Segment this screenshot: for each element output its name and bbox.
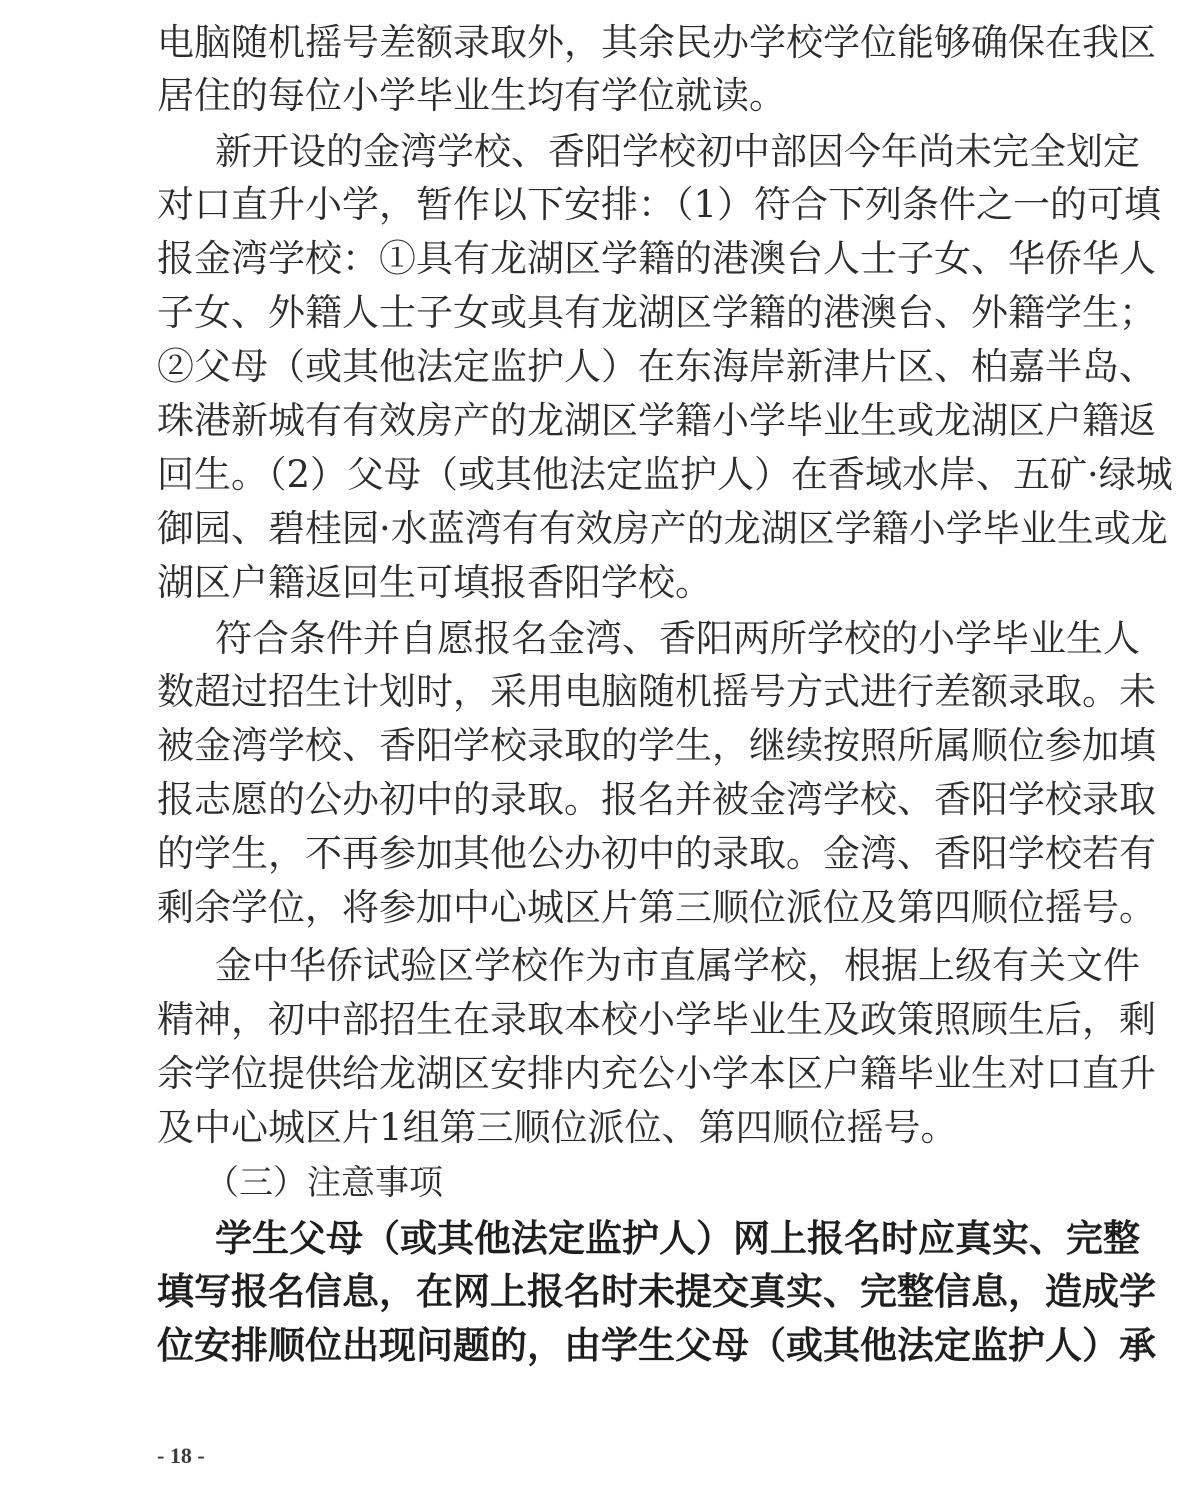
text-line: 报志愿的公办初中的录取。报名并被金湾学校、香阳学校录取 bbox=[157, 772, 1043, 828]
text-line: 报金湾学校：①具有龙湖区学籍的港澳台人士子女、华侨华人 bbox=[157, 231, 1043, 287]
page-number: - 18 - bbox=[157, 1443, 205, 1469]
text-line: 回生。（2）父母（或其他法定监护人）在香域水岸、五矿·绿城 bbox=[157, 447, 1043, 503]
text-line: 被金湾学校、香阳学校录取的学生，继续按照所属顺位参加填 bbox=[157, 718, 1043, 774]
text-line: 数超过招生计划时，采用电脑随机摇号方式进行差额录取。未 bbox=[157, 664, 1043, 720]
text-line: 及中心城区片1组第三顺位派位、第四顺位摇号。 bbox=[157, 1100, 1043, 1156]
notice-line: 位安排顺位出现问题的，由学生父母（或其他法定监护人）承 bbox=[157, 1317, 1043, 1373]
paragraph-first-line: 符合条件并自愿报名金湾、香阳两所学校的小学毕业生人 bbox=[215, 611, 1043, 667]
text-line: ②父母（或其他法定监护人）在东海岸新津片区、柏嘉半岛、 bbox=[157, 339, 1043, 395]
notice-line: 填写报名信息，在网上报名时未提交真实、完整信息，造成学 bbox=[157, 1263, 1043, 1319]
text-line: 湖区户籍返回生可填报香阳学校。 bbox=[157, 555, 1043, 611]
text-line: 子女、外籍人士子女或具有龙湖区学籍的港澳台、外籍学生； bbox=[157, 285, 1043, 341]
document-page: 电脑随机摇号差额录取外，其余民办学校学位能够确保在我区 居住的每位小学毕业生均有… bbox=[0, 0, 1200, 1486]
text-line: 余学位提供给龙湖区安排内充公小学本区户籍毕业生对口直升 bbox=[157, 1046, 1043, 1102]
paragraph-first-line: 新开设的金湾学校、香阳学校初中部因今年尚未完全划定 bbox=[215, 124, 1043, 180]
notice-first-line: 学生父母（或其他法定监护人）网上报名时应真实、完整 bbox=[215, 1210, 1043, 1266]
text-line: 御园、碧桂园·水蓝湾有有效房产的龙湖区学籍小学毕业生或龙 bbox=[157, 501, 1043, 557]
text-line: 珠港新城有有效房产的龙湖区学籍小学毕业生或龙湖区户籍返 bbox=[157, 393, 1043, 449]
section-heading: （三）注意事项 bbox=[205, 1155, 443, 1211]
text-line: 对口直升小学，暂作以下安排：（1）符合下列条件之一的可填 bbox=[157, 177, 1043, 233]
paragraph-first-line: 金中华侨试验区学校作为市直属学校，根据上级有关文件 bbox=[215, 938, 1043, 994]
text-line: 精神，初中部招生在录取本校小学毕业生及政策照顾生后，剩 bbox=[157, 992, 1043, 1048]
text-line: 居住的每位小学毕业生均有学位就读。 bbox=[157, 68, 1043, 124]
text-line: 的学生，不再参加其他公办初中的录取。金湾、香阳学校若有 bbox=[157, 826, 1043, 882]
text-line: 剩余学位，将参加中心城区片第三顺位派位及第四顺位摇号。 bbox=[157, 880, 1043, 936]
text-line: 电脑随机摇号差额录取外，其余民办学校学位能够确保在我区 bbox=[157, 15, 1043, 71]
